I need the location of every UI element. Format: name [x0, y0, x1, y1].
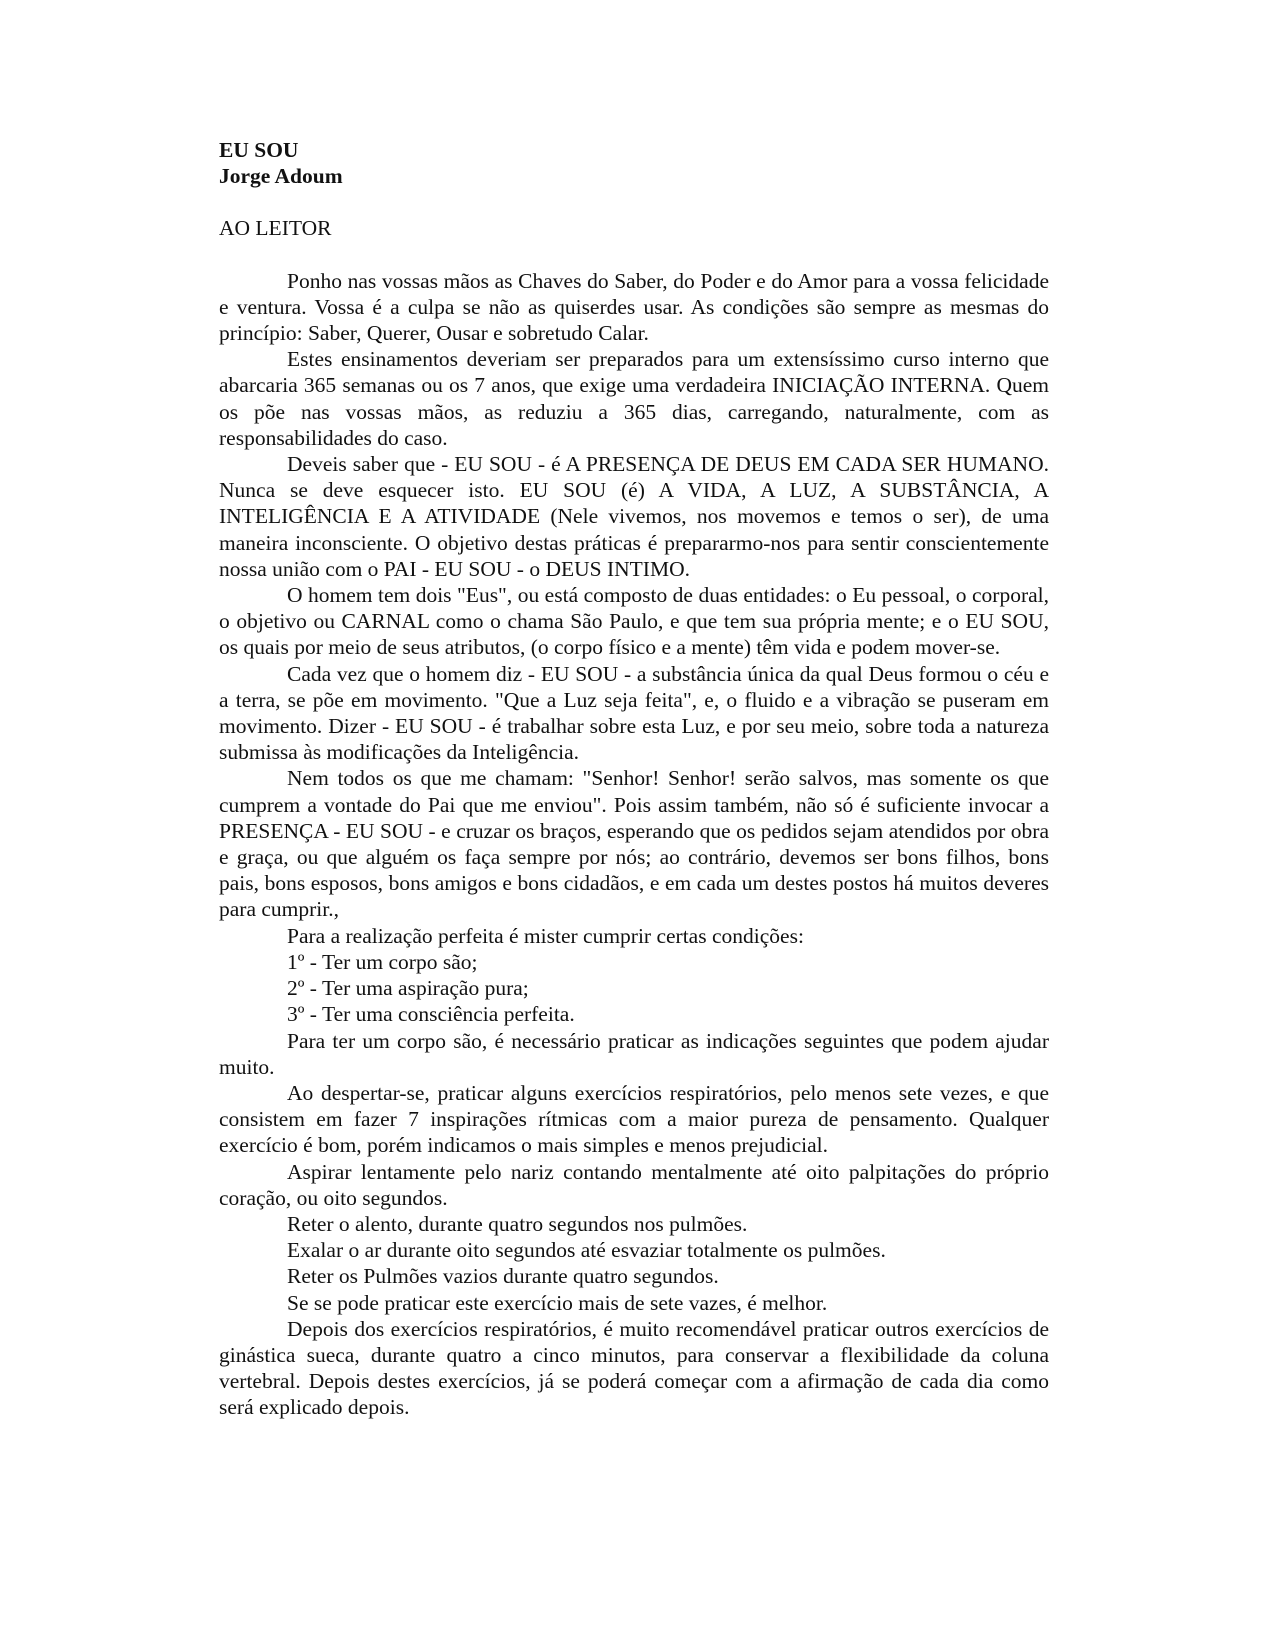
paragraph: Aspirar lentamente pelo nariz contando m… [219, 1159, 1049, 1211]
paragraph: O homem tem dois "Eus", ou está composto… [219, 582, 1049, 661]
section-heading: AO LEITOR [219, 215, 1049, 241]
paragraph: Para a realização perfeita é mister cump… [219, 923, 1049, 949]
paragraph: Reter o alento, durante quatro segundos … [219, 1211, 1049, 1237]
paragraph: Ponho nas vossas mãos as Chaves do Saber… [219, 268, 1049, 347]
paragraph: Reter os Pulmões vazios durante quatro s… [219, 1263, 1049, 1289]
paragraph: Para ter um corpo são, é necessário prat… [219, 1028, 1049, 1080]
paragraph: Nem todos os que me chamam: "Senhor! Sen… [219, 765, 1049, 922]
paragraph: Se se pode praticar este exercício mais … [219, 1290, 1049, 1316]
paragraph: Cada vez que o homem diz - EU SOU - a su… [219, 661, 1049, 766]
paragraph: Estes ensinamentos deveriam ser preparad… [219, 346, 1049, 451]
condition-item: 3º - Ter uma consciência perfeita. [219, 1001, 1049, 1027]
document-page: EU SOU Jorge Adoum AO LEITOR Ponho nas v… [219, 137, 1049, 1421]
paragraph: Deveis saber que - EU SOU - é A PRESENÇA… [219, 451, 1049, 582]
condition-item: 1º - Ter um corpo são; [219, 949, 1049, 975]
document-author: Jorge Adoum [219, 163, 1049, 189]
document-title: EU SOU [219, 137, 1049, 163]
paragraph: Ao despertar-se, praticar alguns exercíc… [219, 1080, 1049, 1159]
paragraph: Depois dos exercícios respiratórios, é m… [219, 1316, 1049, 1421]
condition-item: 2º - Ter uma aspiração pura; [219, 975, 1049, 1001]
paragraph: Exalar o ar durante oito segundos até es… [219, 1237, 1049, 1263]
